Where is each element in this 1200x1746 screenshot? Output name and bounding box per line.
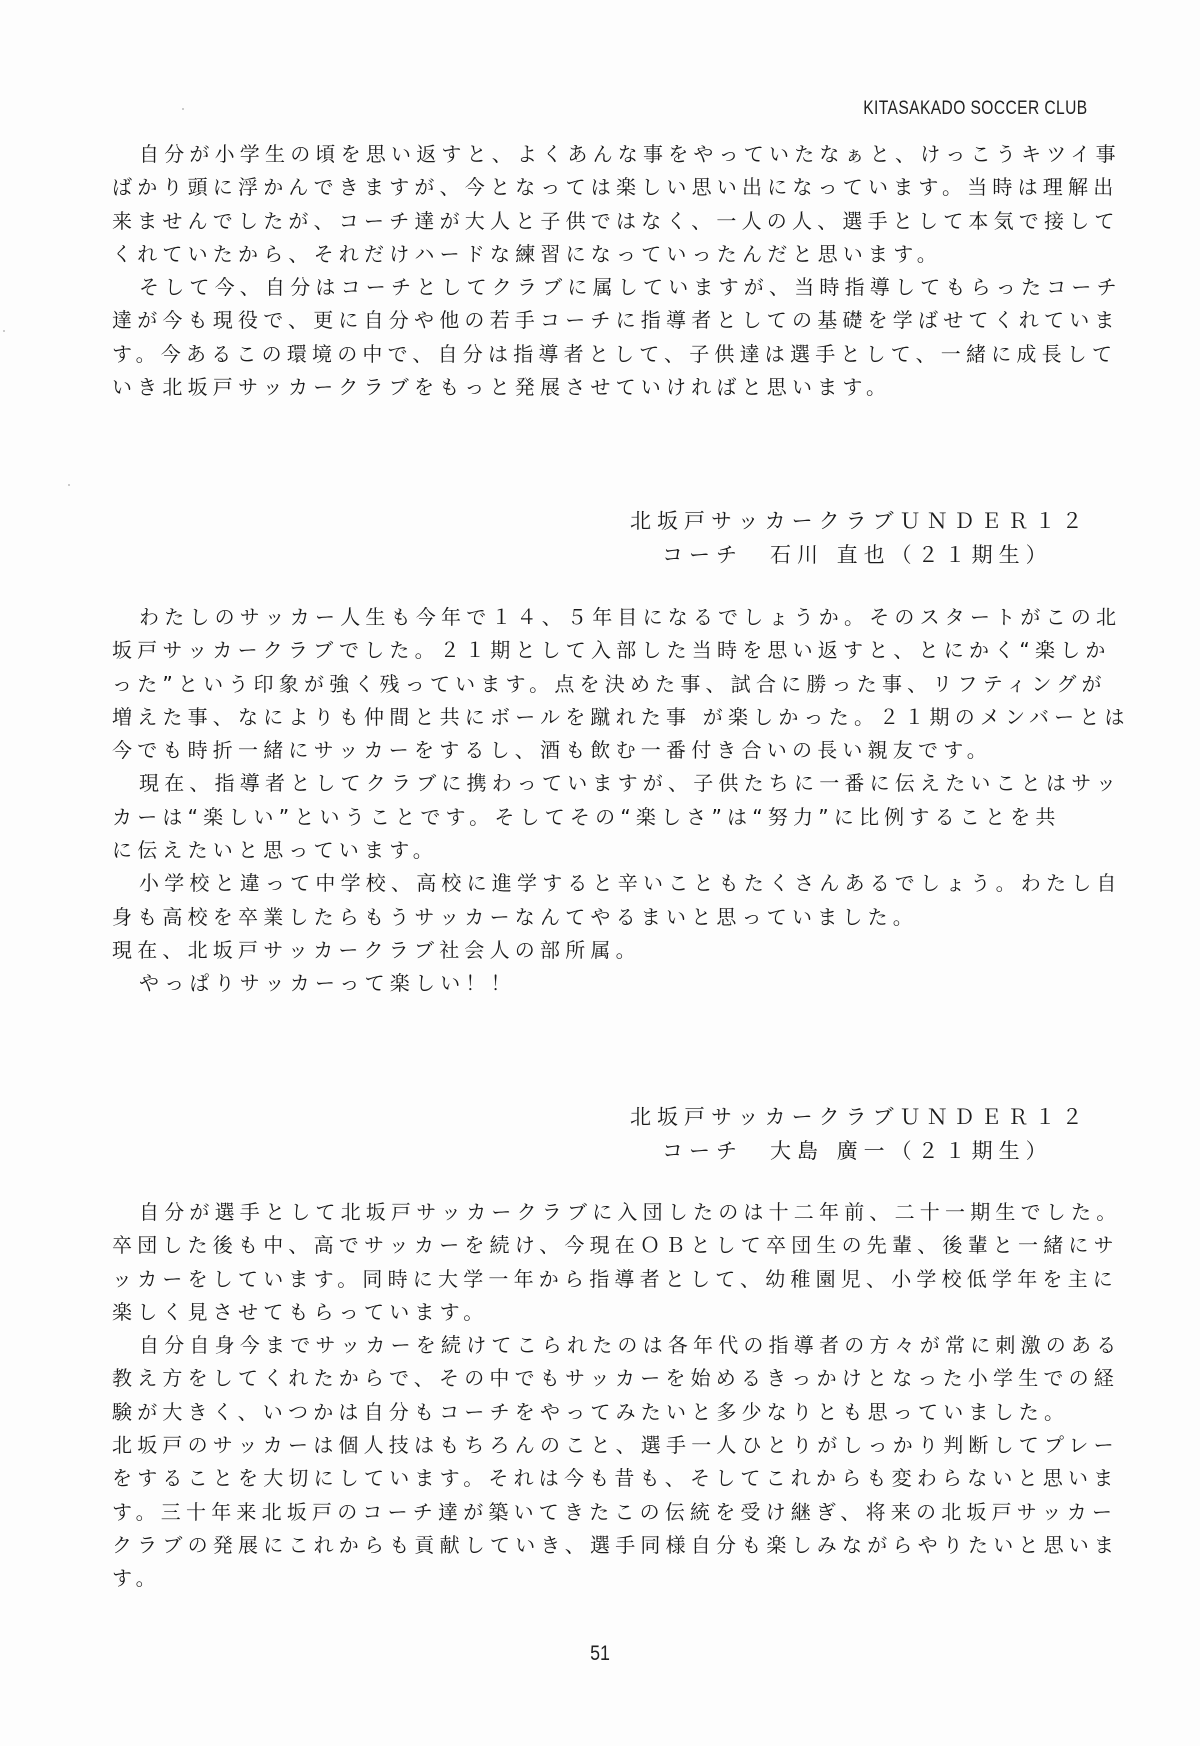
page-number: 51 <box>90 1642 1110 1666</box>
paragraph-line: 自分が選手として北坂戸サッカークラブに入団したのは十二年前、二十一期生でした。 <box>112 1196 1092 1229</box>
paragraph-line: クラブの発展にこれからも貢献していき、選手同様自分も楽しみながらやりたいと思いま <box>112 1529 1092 1562</box>
author-name: コーチ 大島 廣一（２１期生） <box>662 1135 1053 1165</box>
author-club: 北坂戸サッカークラブＵＮＤＥＲ１２ <box>630 1101 1089 1131</box>
paragraph-line: に伝えたいと思っています。 <box>112 834 1092 867</box>
paragraph-line: 自分自身今までサッカーを続けてこられたのは各年代の指導者の方々が常に刺激のある <box>112 1329 1092 1362</box>
paragraph-line: 卒団した後も中、高でサッカーを続け、今現在ＯＢとして卒団生の先輩、後輩と一緒にサ <box>112 1229 1092 1262</box>
author-name: コーチ 石川 直也（２１期生） <box>662 539 1053 569</box>
essay-section-2: わたしのサッカー人生も今年で１４、５年目になるでしょうか。そのスタートがこの北 … <box>112 601 1092 1001</box>
paragraph-line: いき北坂戸サッカークラブをもっと発展させていければと思います。 <box>112 371 1092 404</box>
paragraph-line: す。 <box>112 1562 1092 1595</box>
paragraph-line: くれていたから、それだけハードな練習になっていったんだと思います。 <box>112 238 1092 271</box>
paragraph-line: をすることを大切にしています。それは今も昔も、そしてこれからも変わらないと思いま <box>112 1462 1092 1495</box>
paragraph-line: 験が大きく、いつかは自分もコーチをやってみたいと多少なりとも思っていました。 <box>112 1396 1092 1429</box>
paragraph-line: った”という印象が強く残っています。点を決めた事、試合に勝った事、リフティングが <box>112 668 1092 701</box>
essay-section-3: 自分が選手として北坂戸サッカークラブに入団したのは十二年前、二十一期生でした。 … <box>112 1196 1092 1596</box>
paragraph-line: ッカーをしています。同時に大学一年から指導者として、幼稚園児、小学校低学年を主に <box>112 1263 1092 1296</box>
scan-speck <box>182 108 184 110</box>
paragraph-line: 身も高校を卒業したらもうサッカーなんてやるまいと思っていました。 <box>112 901 1092 934</box>
paragraph-line: 小学校と違って中学校、高校に進学すると辛いこともたくさんあるでしょう。わたし自 <box>112 867 1092 900</box>
scan-speck <box>68 484 70 486</box>
paragraph-line: 坂戸サッカークラブでした。２１期として入部した当時を思い返すと、とにかく“楽しか <box>112 634 1092 667</box>
paragraph-line: 現在、北坂戸サッカークラブ社会人の部所属。 <box>112 934 1092 967</box>
paragraph-line: 今でも時折一緒にサッカーをするし、酒も飲む一番付き合いの長い親友です。 <box>112 734 1092 767</box>
paragraph-line: す。今あるこの環境の中で、自分は指導者として、子供達は選手として、一緒に成長して <box>112 338 1092 371</box>
paragraph-line: 北坂戸のサッカーは個人技はもちろんのこと、選手一人ひとりがしっかり判断してプレー <box>112 1429 1092 1462</box>
author-club: 北坂戸サッカークラブＵＮＤＥＲ１２ <box>630 505 1089 535</box>
paragraph-line: 楽しく見させてもらっています。 <box>112 1296 1092 1329</box>
essay-section-1: 自分が小学生の頃を思い返すと、よくあんな事をやっていたなぁと、けっこうキツイ事 … <box>112 138 1092 404</box>
paragraph-line: やっぱりサッカーって楽しい！！ <box>112 967 1092 1000</box>
paragraph-line: ばかり頭に浮かんできますが、今となっては楽しい思い出になっています。当時は理解出 <box>112 171 1092 204</box>
paragraph-line: 自分が小学生の頃を思い返すと、よくあんな事をやっていたなぁと、けっこうキツイ事 <box>112 138 1092 171</box>
paragraph-line: す。三十年来北坂戸のコーチ達が築いてきたこの伝統を受け継ぎ、将来の北坂戸サッカー <box>112 1496 1092 1529</box>
page-header-club-name: KITASAKADO SOCCER CLUB <box>864 98 1088 120</box>
paragraph-line: 達が今も現役で、更に自分や他の若手コーチに指導者としての基礎を学ばせてくれていま <box>112 304 1092 337</box>
paragraph-line: 教え方をしてくれたからで、その中でもサッカーを始めるきっかけとなった小学生での経 <box>112 1362 1092 1395</box>
paragraph-line: そして今、自分はコーチとしてクラブに属していますが、当時指導してもらったコーチ <box>112 271 1092 304</box>
paragraph-line: 現在、指導者としてクラブに携わっていますが、子供たちに一番に伝えたいことはサッ <box>112 767 1092 800</box>
paragraph-line: 来ませんでしたが、コーチ達が大人と子供ではなく、一人の人、選手として本気で接して <box>112 205 1092 238</box>
paragraph-line: 増えた事、なによりも仲間と共にボールを蹴れた事 が楽しかった。２１期のメンバーと… <box>112 701 1092 734</box>
paragraph-line: カーは“楽しい”ということです。そしてその“楽しさ”は“努力”に比例することを共 <box>112 801 1092 834</box>
scan-speck <box>3 330 5 332</box>
paragraph-line: わたしのサッカー人生も今年で１４、５年目になるでしょうか。そのスタートがこの北 <box>112 601 1092 634</box>
